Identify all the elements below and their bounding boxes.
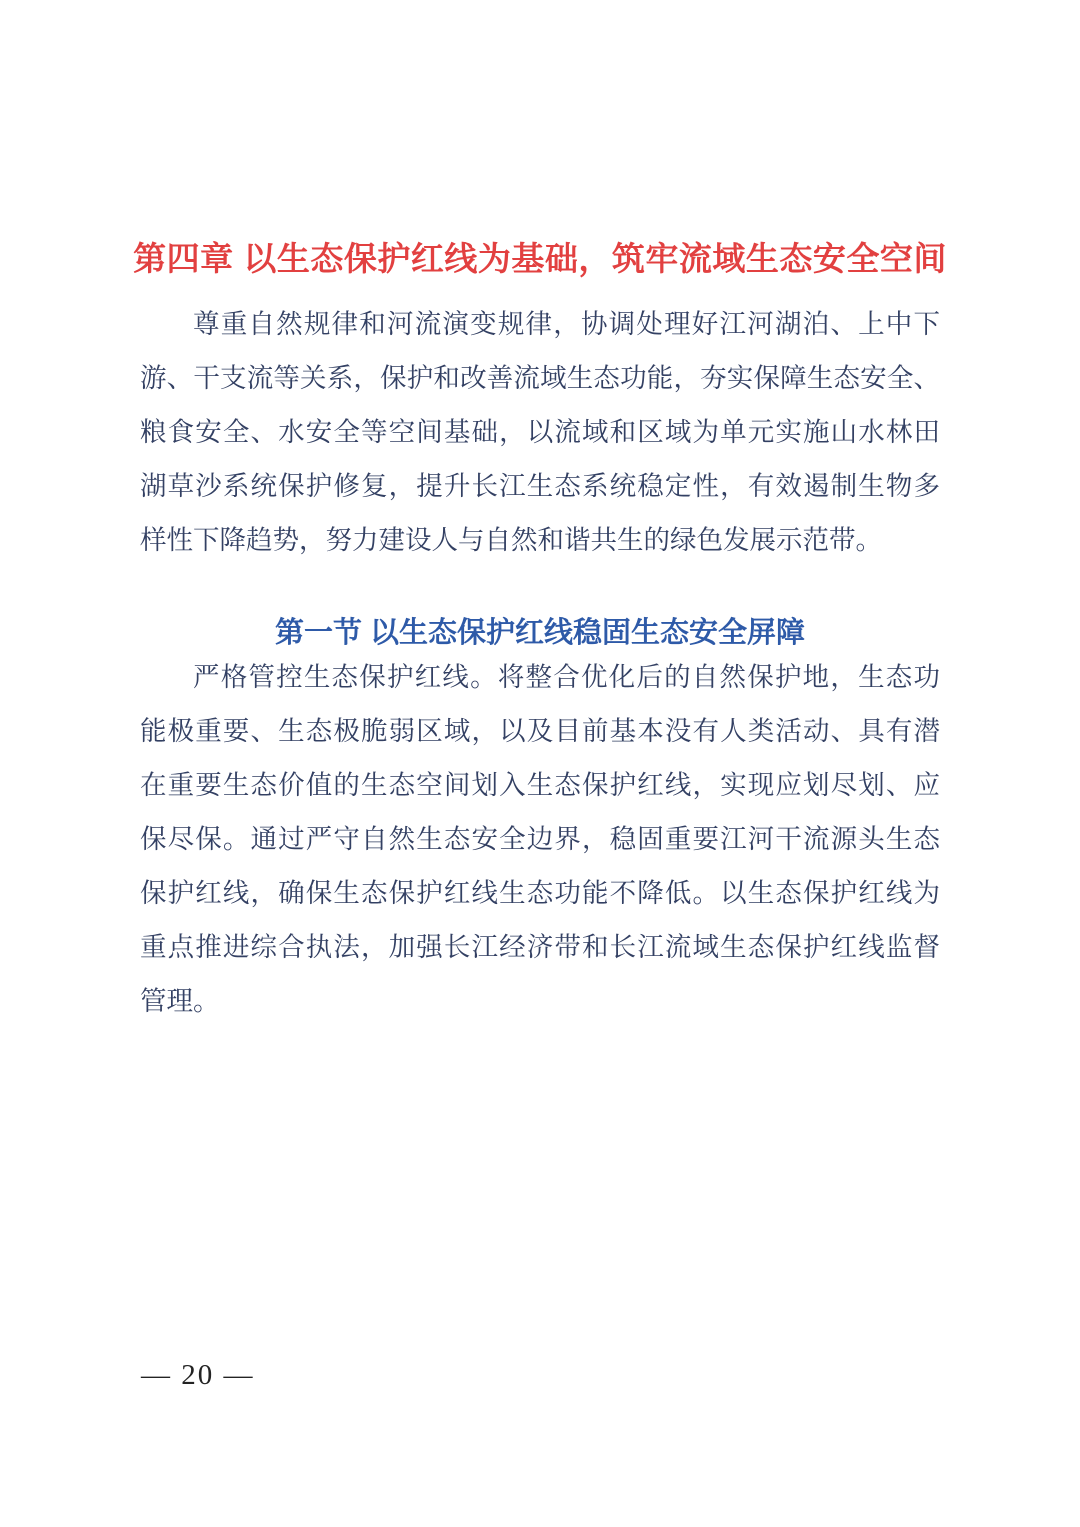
text-line: 严格管控生态保护红线。将整合优化后的自然保护地，生态功 [140, 650, 940, 704]
paragraph-section-body: 严格管控生态保护红线。将整合优化后的自然保护地，生态功能极重要、生态极脆弱区域，… [140, 650, 940, 1028]
text-line: 样性下降趋势，努力建设人与自然和谐共生的绿色发展示范带。 [140, 513, 940, 567]
text-line: 粮食安全、水安全等空间基础，以流域和区域为单元实施山水林田 [140, 405, 940, 459]
document-page: 第四章 以生态保护红线为基础，筑牢流域生态安全空间 尊重自然规律和河流演变规律，… [0, 0, 1080, 1527]
chapter-title: 第四章 以生态保护红线为基础，筑牢流域生态安全空间 [0, 238, 1080, 280]
section-title: 第一节 以生态保护红线稳固生态安全屏障 [0, 614, 1080, 652]
text-line: 在重要生态价值的生态空间划入生态保护红线，实现应划尽划、应 [140, 758, 940, 812]
text-line: 保护红线，确保生态保护红线生态功能不降低。以生态保护红线为 [140, 866, 940, 920]
text-line: 管理。 [140, 974, 940, 1028]
text-line: 尊重自然规律和河流演变规律，协调处理好江河湖泊、上中下 [140, 297, 940, 351]
text-line: 能极重要、生态极脆弱区域，以及目前基本没有人类活动、具有潜 [140, 704, 940, 758]
page-footer: — 20 — [141, 1355, 255, 1395]
page-number: — 20 — [141, 1359, 255, 1391]
text-line: 游、干支流等关系，保护和改善流域生态功能，夯实保障生态安全、 [140, 351, 940, 405]
text-line: 湖草沙系统保护修复，提升长江生态系统稳定性，有效遏制生物多 [140, 459, 940, 513]
text-line: 保尽保。通过严守自然生态安全边界，稳固重要江河干流源头生态 [140, 812, 940, 866]
paragraph-intro: 尊重自然规律和河流演变规律，协调处理好江河湖泊、上中下游、干支流等关系，保护和改… [140, 297, 940, 567]
text-line: 重点推进综合执法，加强长江经济带和长江流域生态保护红线监督 [140, 920, 940, 974]
